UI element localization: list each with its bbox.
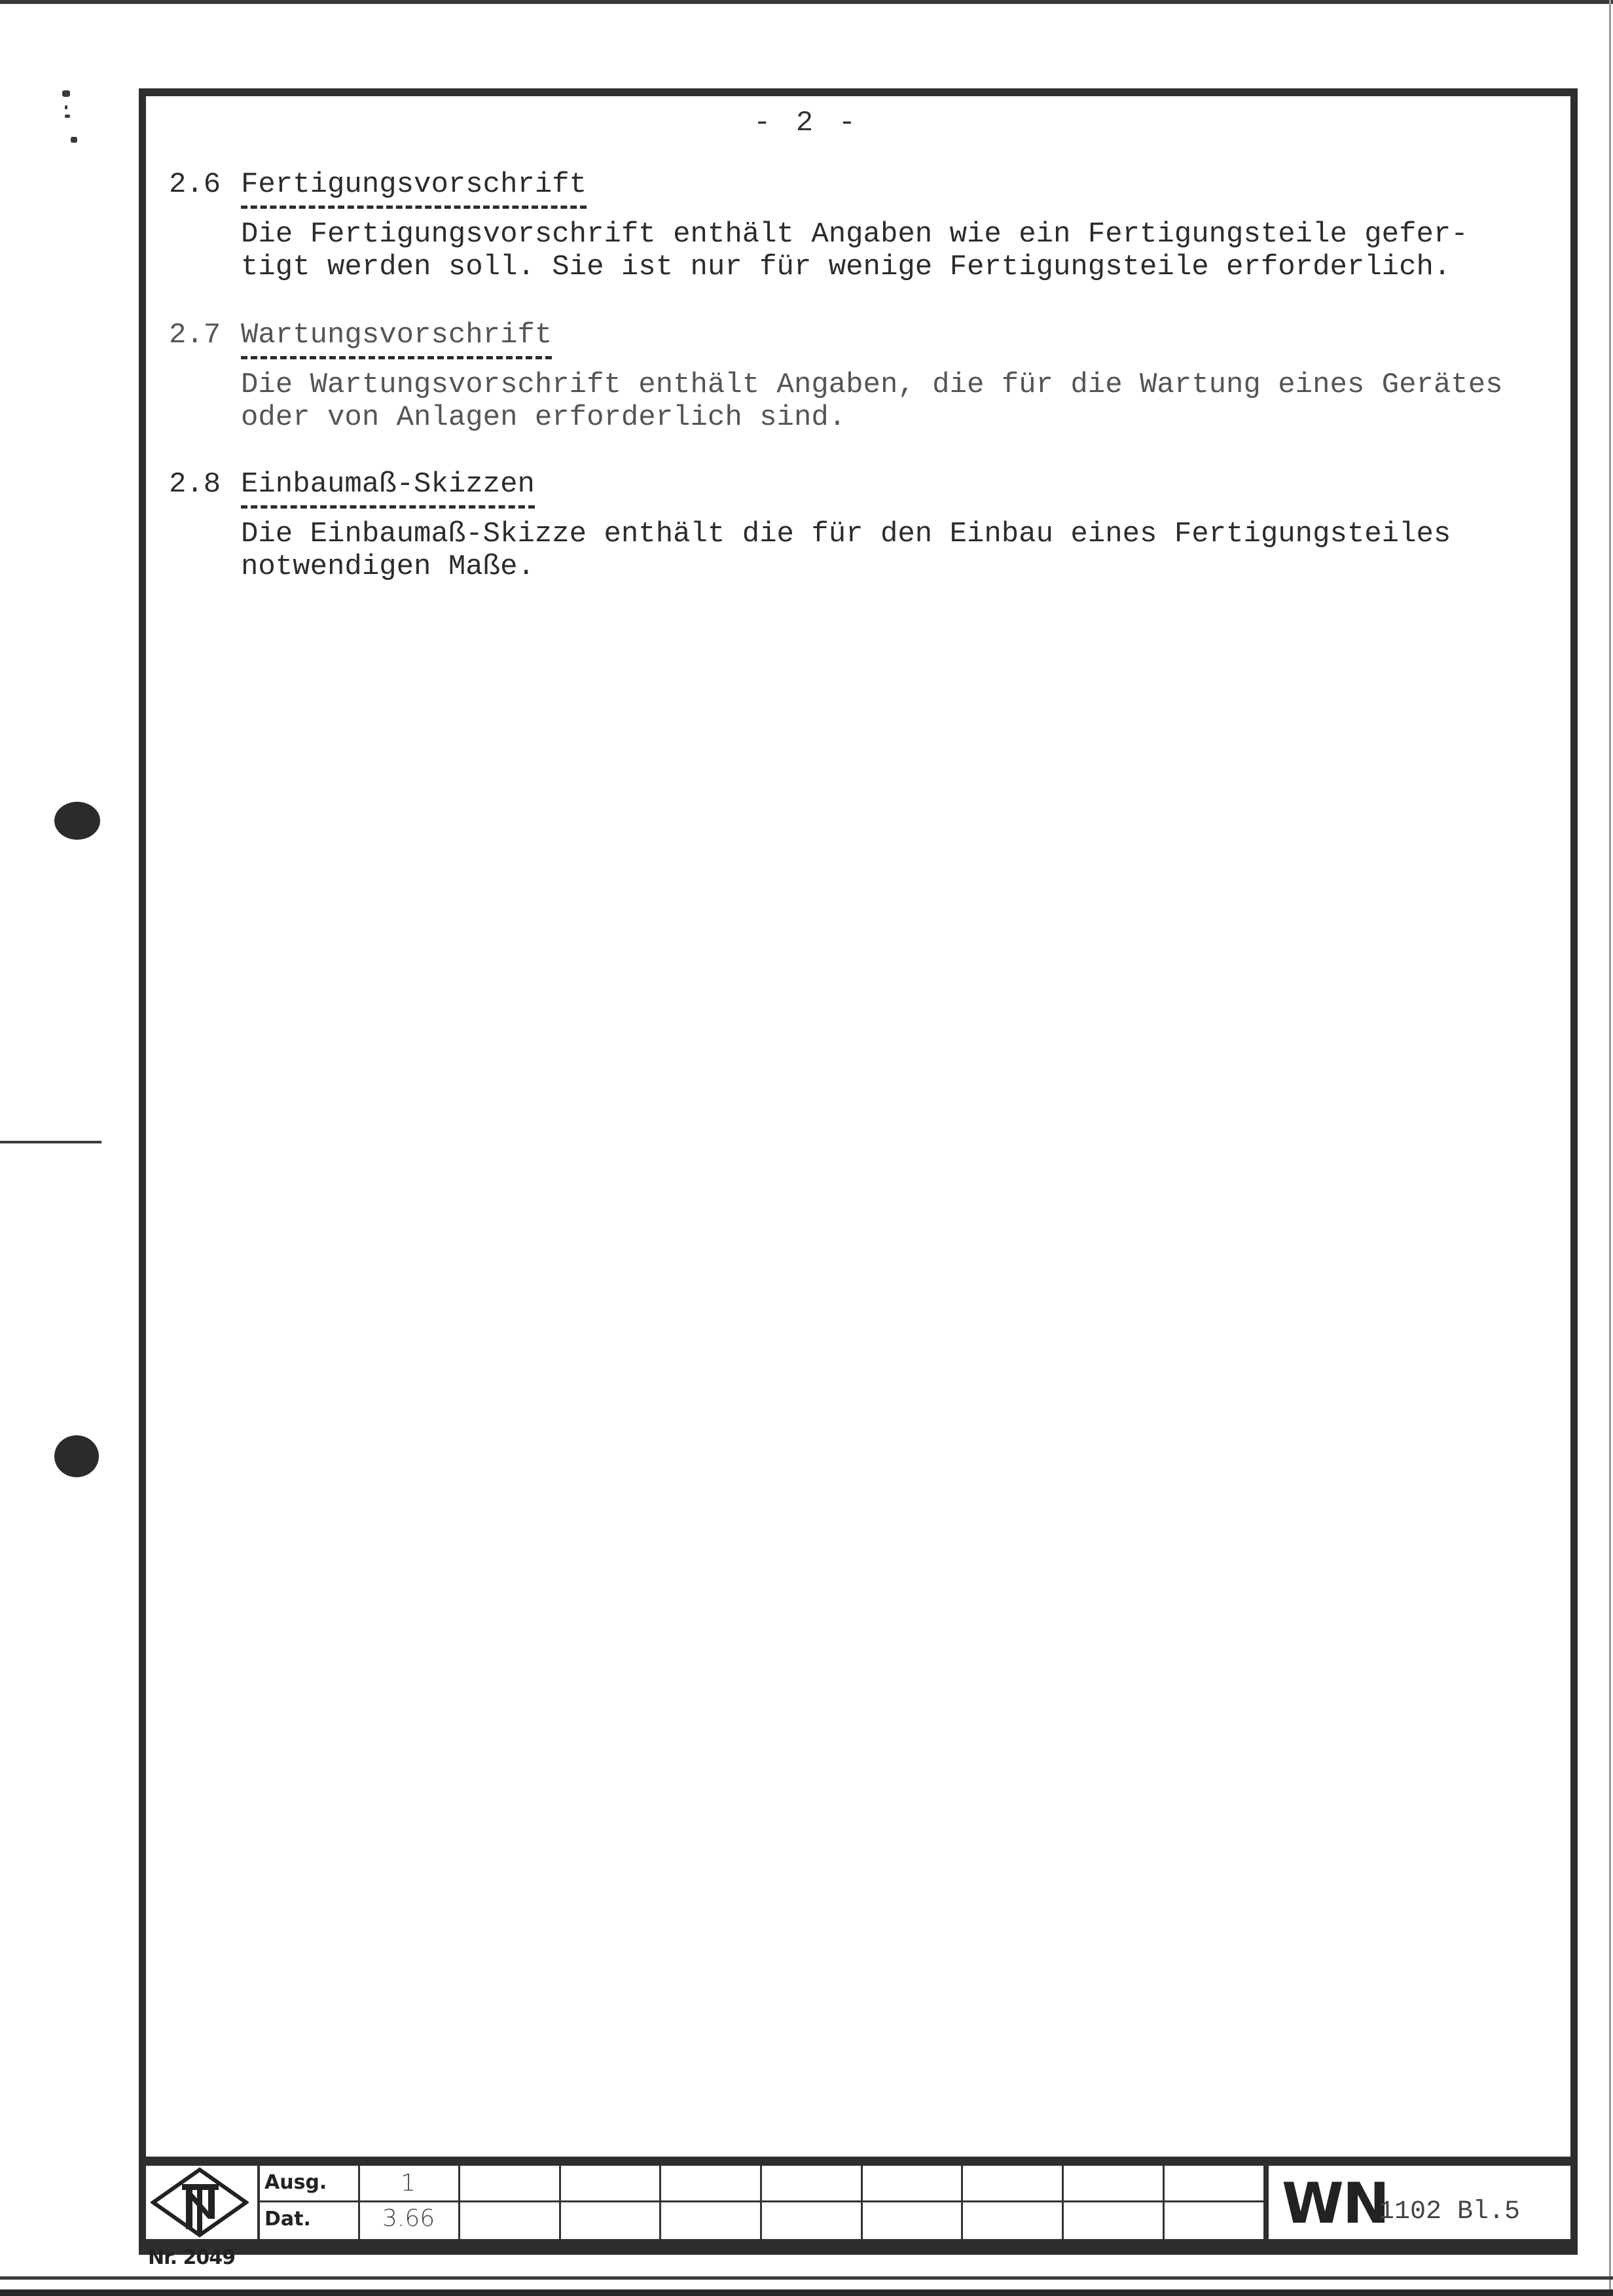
title-block: Ausg. Dat. 1 3.66 WN 1102 Bl.5: [139, 2157, 1578, 2255]
section-heading: 2.8Einbaumaß-Skizzen: [169, 468, 1563, 501]
standard-number: 1102 Bl.5: [1379, 2197, 1520, 2227]
divider: [458, 2166, 460, 2239]
section-number: 2.7: [169, 319, 241, 351]
body-line: oder von Anlagen erforderlich sind.: [241, 401, 1563, 434]
divider: [861, 2166, 863, 2239]
divider: [961, 2166, 963, 2239]
section-number: 2.8: [169, 468, 241, 501]
section-body: Die Einbaumaß-Skizze enthält die für den…: [241, 518, 1563, 583]
section-title: Einbaumaß-Skizzen: [241, 468, 535, 501]
divider: [760, 2166, 762, 2239]
body-line: Die Fertigungsvorschrift enthält Angaben…: [241, 218, 1563, 251]
date-value: 3.66: [382, 2205, 435, 2232]
section-number: 2.6: [169, 168, 241, 201]
divider: [659, 2166, 661, 2239]
section-heading: 2.6Fertigungsvorschrift: [169, 168, 1563, 201]
tn-logo-icon: [151, 2167, 249, 2238]
section-title: Fertigungsvorschrift: [241, 168, 587, 201]
standard-prefix: WN: [1282, 2171, 1388, 2236]
scan-speck: [62, 90, 70, 97]
page-number: - 2 -: [0, 107, 1613, 139]
section-body: Die Wartungsvorschrift enthält Angaben, …: [241, 368, 1563, 434]
title-block-bottom-border: [139, 2239, 1578, 2248]
date-label: Dat.: [264, 2208, 311, 2231]
scan-edge-bottom-thin: [0, 2276, 1613, 2280]
standard-id-box: WN 1102 Bl.5: [1263, 2166, 1576, 2239]
title-block-top-border: [139, 2157, 1578, 2166]
punch-hole-icon: [54, 1435, 99, 1477]
scan-edge-bottom-thick: [0, 2289, 1613, 2296]
section-title: Wartungsvorschrift: [241, 319, 552, 351]
divider: [257, 2166, 260, 2239]
body-line: tigt werden soll. Sie ist nur für wenige…: [241, 251, 1563, 283]
divider: [559, 2166, 561, 2239]
scan-edge-top: [0, 0, 1613, 4]
punch-hole-icon: [54, 802, 100, 840]
section-2-6: 2.6Fertigungsvorschrift Die Fertigungsvo…: [169, 168, 1563, 283]
body-line: Die Wartungsvorschrift enthält Angaben, …: [241, 368, 1563, 401]
row-divider: [257, 2200, 1263, 2202]
fold-mark: [0, 1141, 101, 1143]
body-line: notwendigen Maße.: [241, 550, 1563, 583]
form-number: Nr. 2049: [148, 2246, 235, 2269]
divider: [1062, 2166, 1064, 2239]
divider: [1163, 2166, 1165, 2239]
body-line: Die Einbaumaß-Skizze enthält die für den…: [241, 518, 1563, 550]
section-heading: 2.7Wartungsvorschrift: [169, 319, 1563, 351]
edition-value: 1: [401, 2170, 416, 2197]
section-2-7: 2.7Wartungsvorschrift Die Wartungsvorsch…: [169, 319, 1563, 434]
section-body: Die Fertigungsvorschrift enthält Angaben…: [241, 218, 1563, 283]
edition-label: Ausg.: [264, 2171, 327, 2194]
scan-edge-right: [1609, 0, 1611, 2296]
divider: [358, 2166, 360, 2239]
section-2-8: 2.8Einbaumaß-Skizzen Die Einbaumaß-Skizz…: [169, 468, 1563, 583]
